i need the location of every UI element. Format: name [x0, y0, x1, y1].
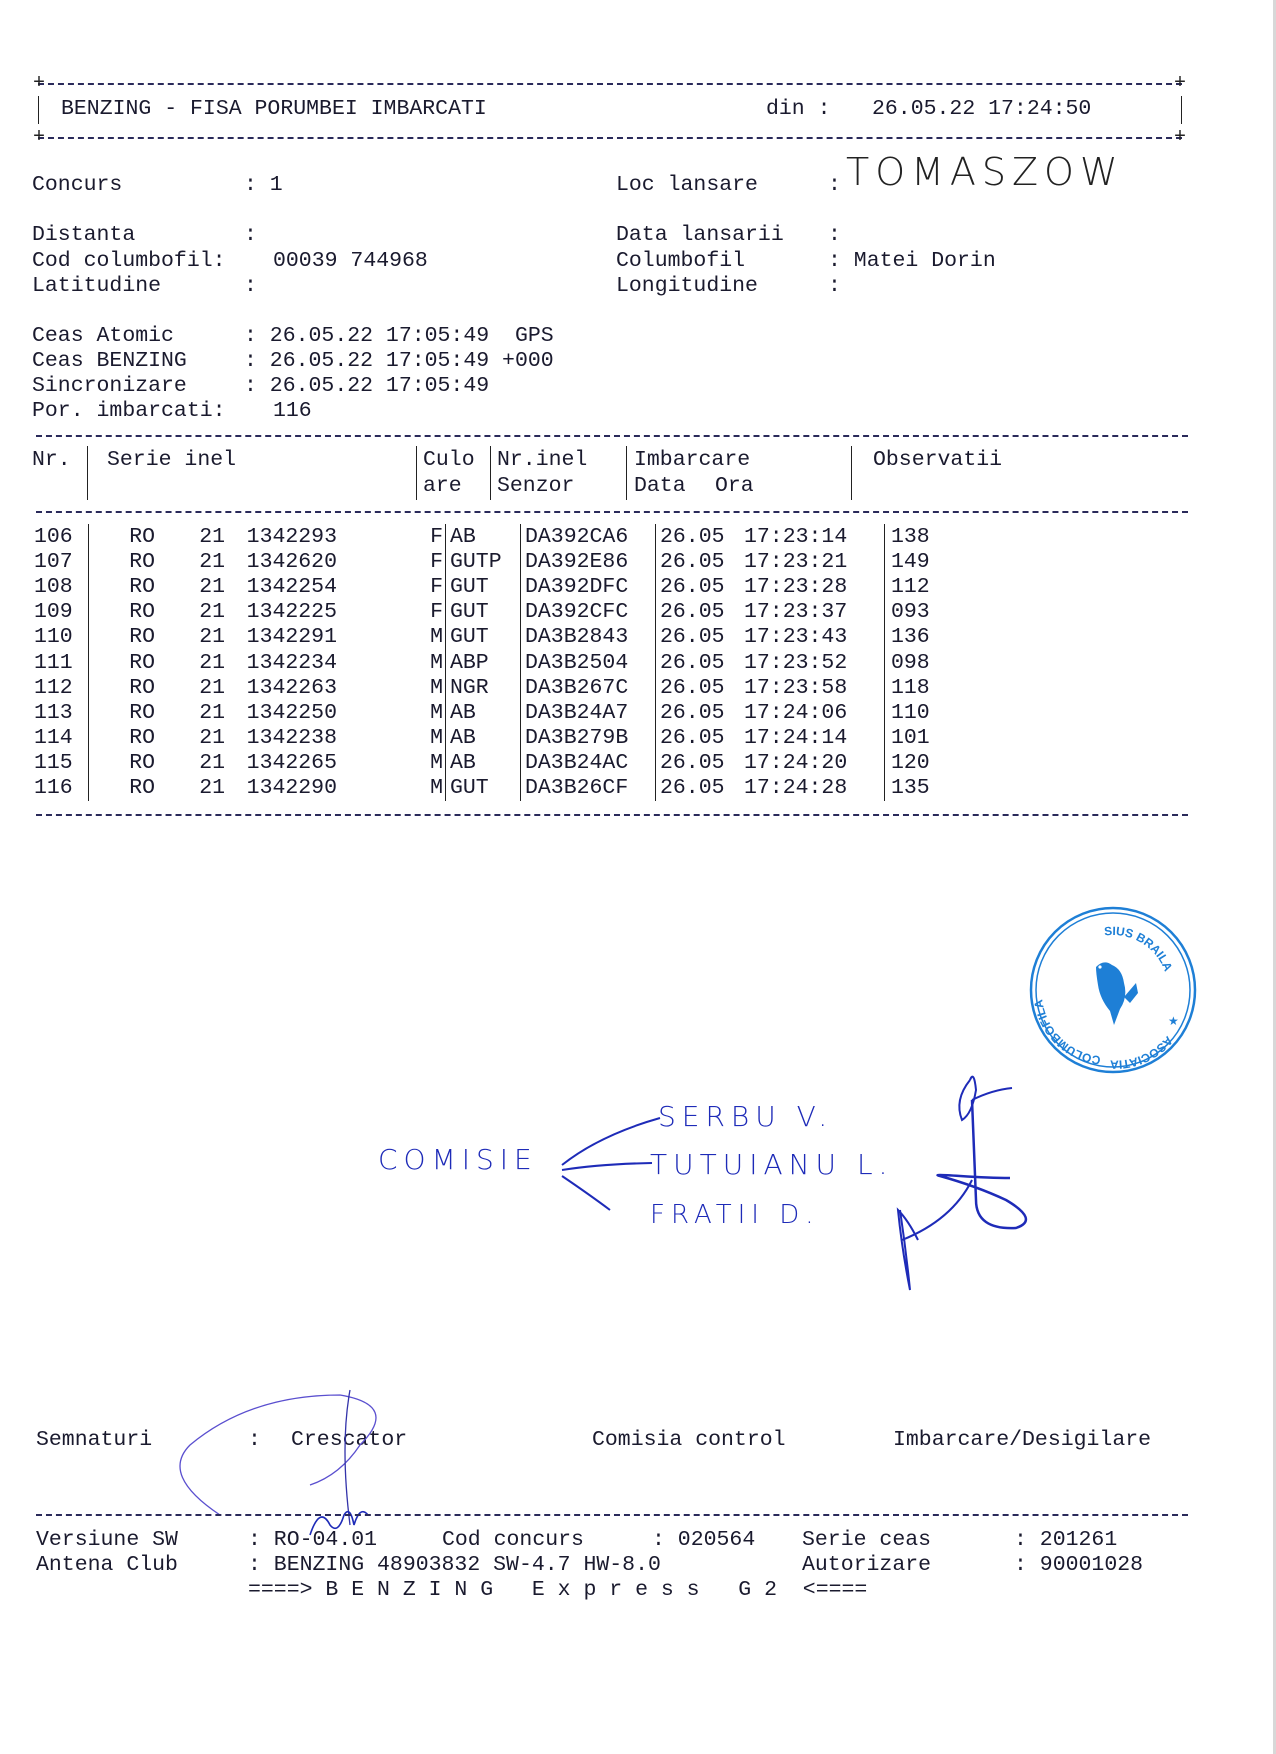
cell-date: 26.05 — [656, 600, 745, 625]
serie-ceas-label: Serie ceas — [802, 1528, 931, 1553]
cell-date: 26.05 — [656, 700, 745, 725]
longitudine-value: : — [828, 274, 841, 299]
cell-nr: 114 — [34, 726, 89, 751]
cell-time: 17:24:14 — [744, 726, 885, 751]
cell-sensor: DA392CFC — [521, 600, 656, 625]
cell-date: 26.05 — [656, 524, 745, 549]
ceas-atomic-label: Ceas Atomic — [32, 324, 174, 349]
cell-sex: M — [337, 625, 446, 650]
table-top-rule — [36, 435, 1188, 437]
cell-ring-number: 1342250 — [225, 700, 337, 725]
cell-sex: F — [337, 549, 446, 574]
columbofil-label: Columbofil — [616, 249, 745, 274]
serie-ceas-value: : 201261 — [1014, 1528, 1117, 1553]
corner-plus: + — [33, 74, 45, 94]
header-divider — [490, 446, 491, 500]
col-header-nr-inel: Nr.inel — [497, 448, 587, 473]
cell-year: 21 — [155, 751, 225, 776]
din-label: din : — [766, 97, 831, 122]
cod-columbofil-label: Cod columbofil: — [32, 249, 226, 274]
cell-ring-number: 1342238 — [225, 726, 337, 751]
cell-sensor: DA3B2504 — [521, 650, 656, 675]
col-header-data: Data — [634, 474, 686, 499]
loc-lansare-label: Loc lansare — [616, 173, 758, 198]
cell-year: 21 — [155, 700, 225, 725]
columbofil-value: : Matei Dorin — [828, 249, 996, 274]
imbarcare-desigilare-label: Imbarcare/Desigilare — [893, 1428, 1151, 1453]
benzing-express-banner: ====> B E N Z I N G E x p r e s s G 2 <=… — [248, 1578, 867, 1603]
cell-ring-number: 1342620 — [225, 549, 337, 574]
cell-sensor: DA392CA6 — [521, 524, 656, 549]
versiune-sw-value: : RO-04.01 — [248, 1528, 377, 1553]
cod-columbofil-value: 00039 744968 — [273, 249, 428, 274]
cell-sex: M — [337, 726, 446, 751]
cell-ring-number: 1342263 — [225, 675, 337, 700]
cell-sensor: DA3B24AC — [521, 751, 656, 776]
cell-time: 17:24:06 — [744, 700, 885, 725]
table-row: 116RO211342290MGUTDA3B26CF26.0517:24:281… — [34, 776, 930, 801]
cell-ring-number: 1342254 — [225, 574, 337, 599]
cell-time: 17:23:43 — [744, 625, 885, 650]
svg-text:ASOCIATIA: ASOCIATIA — [1109, 1033, 1175, 1071]
cell-ring-number: 1342293 — [225, 524, 337, 549]
cell-country: RO — [89, 650, 156, 675]
cell-observatii: 101 — [885, 726, 930, 751]
cell-color: AB — [446, 726, 521, 751]
cell-sex: F — [337, 574, 446, 599]
autorizare-label: Autorizare — [802, 1553, 931, 1578]
table-row: 106RO211342293FABDA392CA626.0517:23:1413… — [34, 524, 930, 549]
col-header-nr: Nr. — [32, 448, 71, 473]
cell-country: RO — [89, 625, 156, 650]
cell-observatii: 118 — [885, 675, 930, 700]
cell-color: ABP — [446, 650, 521, 675]
data-lansarii-value: : — [828, 223, 841, 248]
cell-ring-number: 1342265 — [225, 751, 337, 776]
autorizare-value: : 90001028 — [1014, 1553, 1143, 1578]
semnaturi-label: Semnaturi — [36, 1428, 152, 1453]
cell-sensor: DA392E86 — [521, 549, 656, 574]
cell-nr: 111 — [34, 650, 89, 675]
title-box-bottom-rule — [38, 137, 1182, 139]
cell-sex: M — [337, 675, 446, 700]
cell-time: 17:23:58 — [744, 675, 885, 700]
din-timestamp: 26.05.22 17:24:50 — [872, 97, 1091, 122]
corner-plus: + — [33, 128, 45, 148]
col-header-ora: Ora — [715, 474, 754, 499]
cell-nr: 108 — [34, 574, 89, 599]
cell-year: 21 — [155, 776, 225, 801]
title-box-right-border — [1181, 96, 1182, 124]
ceas-benzing-label: Ceas BENZING — [32, 349, 187, 374]
cell-ring-number: 1342291 — [225, 625, 337, 650]
cell-observatii: 135 — [885, 776, 930, 801]
cell-country: RO — [89, 524, 156, 549]
cell-sex: M — [337, 751, 446, 776]
table-row: 109RO211342225FGUTDA392CFC26.0517:23:370… — [34, 600, 930, 625]
longitudine-label: Longitudine — [616, 274, 758, 299]
distanta-label: Distanta — [32, 223, 135, 248]
cell-year: 21 — [155, 650, 225, 675]
pigeon-icon — [1096, 962, 1138, 1025]
cell-sensor: DA3B279B — [521, 726, 656, 751]
cell-time: 17:23:21 — [744, 549, 885, 574]
cell-year: 21 — [155, 524, 225, 549]
table-row: 107RO211342620FGUTPDA392E8626.0517:23:21… — [34, 549, 930, 574]
cell-sensor: DA3B26CF — [521, 776, 656, 801]
loc-lansare-handwritten: TOMASZOW — [846, 150, 1124, 194]
cell-observatii: 120 — [885, 751, 930, 776]
cell-time: 17:23:52 — [744, 650, 885, 675]
sincronizare-label: Sincronizare — [32, 374, 187, 399]
table-row: 115RO211342265MABDA3B24AC26.0517:24:2012… — [34, 751, 930, 776]
cell-year: 21 — [155, 574, 225, 599]
cell-observatii: 110 — [885, 700, 930, 725]
col-header-culoare: Culo — [423, 448, 475, 473]
cell-sensor: DA3B267C — [521, 675, 656, 700]
cell-observatii: 098 — [885, 650, 930, 675]
cell-time: 17:23:14 — [744, 524, 885, 549]
cell-year: 21 — [155, 600, 225, 625]
distanta-value: : — [244, 223, 257, 248]
cell-year: 21 — [155, 625, 225, 650]
stamp-text-bottom: ASOCIATIA — [1109, 1033, 1175, 1071]
cell-sex: F — [337, 524, 446, 549]
cell-color: GUT — [446, 574, 521, 599]
col-header-observatii: Observatii — [873, 448, 1002, 473]
cell-year: 21 — [155, 549, 225, 574]
cell-country: RO — [89, 574, 156, 599]
cell-color: AB — [446, 751, 521, 776]
handwritten-strokes — [540, 1060, 1040, 1310]
ceas-benzing-value: : 26.05.22 17:05:49 +000 — [244, 349, 554, 374]
cell-date: 26.05 — [656, 650, 745, 675]
title-box-top-rule — [38, 83, 1182, 85]
cell-date: 26.05 — [656, 675, 745, 700]
table-row: 111RO211342234MABPDA3B250426.0517:23:520… — [34, 650, 930, 675]
table-row: 112RO211342263MNGRDA3B267C26.0517:23:581… — [34, 675, 930, 700]
footer-top-rule — [36, 1514, 1188, 1516]
header-divider — [87, 446, 88, 500]
handwritten-comisie: COMISIE — [378, 1143, 538, 1176]
cell-observatii: 112 — [885, 574, 930, 599]
comisia-control-label: Comisia control — [592, 1428, 786, 1453]
cell-time: 17:23:28 — [744, 574, 885, 599]
table-row: 114RO211342238MABDA3B279B26.0517:24:1410… — [34, 726, 930, 751]
col-header-culoare-2: are — [423, 474, 462, 499]
cell-time: 17:23:37 — [744, 600, 885, 625]
document-page: + + BENZING - FISA PORUMBEI IMBARCATI di… — [0, 0, 1276, 1754]
header-divider — [626, 446, 627, 500]
cell-ring-number: 1342225 — [225, 600, 337, 625]
cell-nr: 110 — [34, 625, 89, 650]
latitudine-value: : — [244, 274, 257, 299]
title-box-left-border — [38, 96, 39, 124]
cell-nr: 112 — [34, 675, 89, 700]
cell-date: 26.05 — [656, 574, 745, 599]
header-divider — [416, 446, 417, 500]
antena-club-label: Antena Club — [36, 1553, 178, 1578]
table-row: 110RO211342291MGUTDA3B284326.0517:23:431… — [34, 625, 930, 650]
star-icon: ★ — [1168, 1014, 1179, 1028]
cell-color: GUTP — [446, 549, 521, 574]
loc-lansare-colon: : — [828, 173, 841, 198]
crescator-signature — [160, 1385, 420, 1545]
por-imbarcati-label: Por. imbarcati: — [32, 399, 226, 424]
cell-sex: M — [337, 700, 446, 725]
cell-sex: M — [337, 650, 446, 675]
cell-country: RO — [89, 600, 156, 625]
cell-sensor: DA392DFC — [521, 574, 656, 599]
cell-country: RO — [89, 726, 156, 751]
cell-nr: 106 — [34, 524, 89, 549]
cell-observatii: 149 — [885, 549, 930, 574]
cell-nr: 113 — [34, 700, 89, 725]
data-lansarii-label: Data lansarii — [616, 223, 784, 248]
corner-plus: + — [1174, 128, 1186, 148]
cell-ring-number: 1342234 — [225, 650, 337, 675]
pigeon-table: 106RO211342293FABDA392CA626.0517:23:1413… — [34, 524, 930, 801]
cell-nr: 115 — [34, 751, 89, 776]
cell-date: 26.05 — [656, 776, 745, 801]
cell-country: RO — [89, 549, 156, 574]
cell-nr: 109 — [34, 600, 89, 625]
cell-observatii: 093 — [885, 600, 930, 625]
cod-concurs-label: Cod concurs — [442, 1528, 584, 1553]
cell-date: 26.05 — [656, 625, 745, 650]
cell-color: GUT — [446, 625, 521, 650]
header-divider — [851, 446, 852, 500]
cell-year: 21 — [155, 726, 225, 751]
cod-concurs-value: : 020564 — [652, 1528, 755, 1553]
cell-sensor: DA3B2843 — [521, 625, 656, 650]
cell-year: 21 — [155, 675, 225, 700]
cell-nr: 107 — [34, 549, 89, 574]
concurs-label: Concurs — [32, 173, 122, 198]
cell-color: GUT — [446, 600, 521, 625]
col-header-serie-inel: Serie inel — [107, 448, 236, 473]
cell-observatii: 136 — [885, 625, 930, 650]
association-stamp: SIUS BRAILA COLUMBOFILA ASOCIATIA ★ — [1028, 905, 1198, 1075]
cell-color: NGR — [446, 675, 521, 700]
cell-color: AB — [446, 700, 521, 725]
antena-club-value: : BENZING 48903832 SW-4.7 HW-8.0 — [248, 1553, 661, 1578]
table-row: 108RO211342254FGUTDA392DFC26.0517:23:281… — [34, 574, 930, 599]
table-header-bottom-rule — [36, 511, 1188, 513]
cell-country: RO — [89, 675, 156, 700]
ceas-atomic-value: : 26.05.22 17:05:49 GPS — [244, 324, 554, 349]
cell-ring-number: 1342290 — [225, 776, 337, 801]
latitudine-label: Latitudine — [32, 274, 161, 299]
cell-time: 17:24:28 — [744, 776, 885, 801]
cell-observatii: 138 — [885, 524, 930, 549]
cell-sensor: DA3B24A7 — [521, 700, 656, 725]
document-title: BENZING - FISA PORUMBEI IMBARCATI — [61, 97, 487, 122]
cell-color: AB — [446, 524, 521, 549]
cell-nr: 116 — [34, 776, 89, 801]
table-bottom-rule — [36, 814, 1188, 816]
sincronizare-value: : 26.05.22 17:05:49 — [244, 374, 489, 399]
versiune-sw-label: Versiune SW — [36, 1528, 178, 1553]
cell-date: 26.05 — [656, 726, 745, 751]
cell-color: GUT — [446, 776, 521, 801]
col-header-senzor: Senzor — [497, 474, 574, 499]
cell-date: 26.05 — [656, 549, 745, 574]
cell-country: RO — [89, 700, 156, 725]
cell-sex: M — [337, 776, 446, 801]
cell-sex: F — [337, 600, 446, 625]
table-row: 113RO211342250MABDA3B24A726.0517:24:0611… — [34, 700, 930, 725]
col-header-imbarcare: Imbarcare — [634, 448, 750, 473]
cell-time: 17:24:20 — [744, 751, 885, 776]
por-imbarcati-value: 116 — [273, 399, 312, 424]
concurs-value: : 1 — [244, 173, 283, 198]
cell-date: 26.05 — [656, 751, 745, 776]
corner-plus: + — [1174, 74, 1186, 94]
cell-country: RO — [89, 776, 156, 801]
cell-country: RO — [89, 751, 156, 776]
